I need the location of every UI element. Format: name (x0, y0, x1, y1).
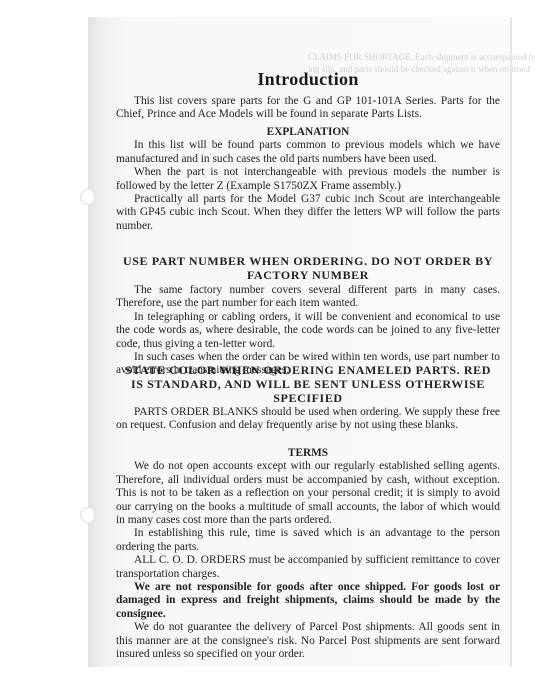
bleed-through-text: CLAIMS FOR SHORTAGE. Each shipment is ac… (308, 52, 535, 62)
paragraph: ALL C. O. D. ORDERS must be accompanied … (116, 554, 500, 581)
bold-notice-paragraph: We are not responsible for goods after o… (116, 581, 500, 621)
paragraph: We do not open accounts except with our … (116, 460, 500, 527)
section-heading-part-number: USE PART NUMBER WHEN ORDERING. DO NOT OR… (116, 254, 500, 282)
paragraph: In this list will be found parts common … (116, 139, 500, 166)
page-title: Introduction (116, 69, 500, 90)
section-heading-explanation: EXPLANATION (116, 126, 500, 139)
section-heading-color: STATE COLOR WHEN ORDERING ENAMELED PARTS… (116, 363, 500, 405)
intro-paragraph: This list covers spare parts for the G a… (116, 95, 500, 122)
paragraph: In telegraphing or cabling orders, it wi… (116, 311, 500, 351)
paragraph: The same factory number covers several d… (116, 284, 500, 311)
paragraph: PARTS ORDER BLANKS should be used when o… (116, 406, 500, 433)
document-page: CLAIMS FOR SHORTAGE. Each shipment is ac… (88, 17, 512, 667)
paragraph: In establishing this rule, time is saved… (116, 527, 500, 554)
punch-hole-mark (80, 507, 94, 523)
paragraph: When the part is not interchangeable wit… (116, 166, 500, 193)
paragraph: Practically all parts for the Model G37 … (116, 193, 500, 233)
section-heading-terms: TERMS (116, 447, 500, 460)
punch-hole-mark (80, 189, 94, 205)
paragraph: We do not guarantee the delivery of Parc… (116, 621, 500, 661)
